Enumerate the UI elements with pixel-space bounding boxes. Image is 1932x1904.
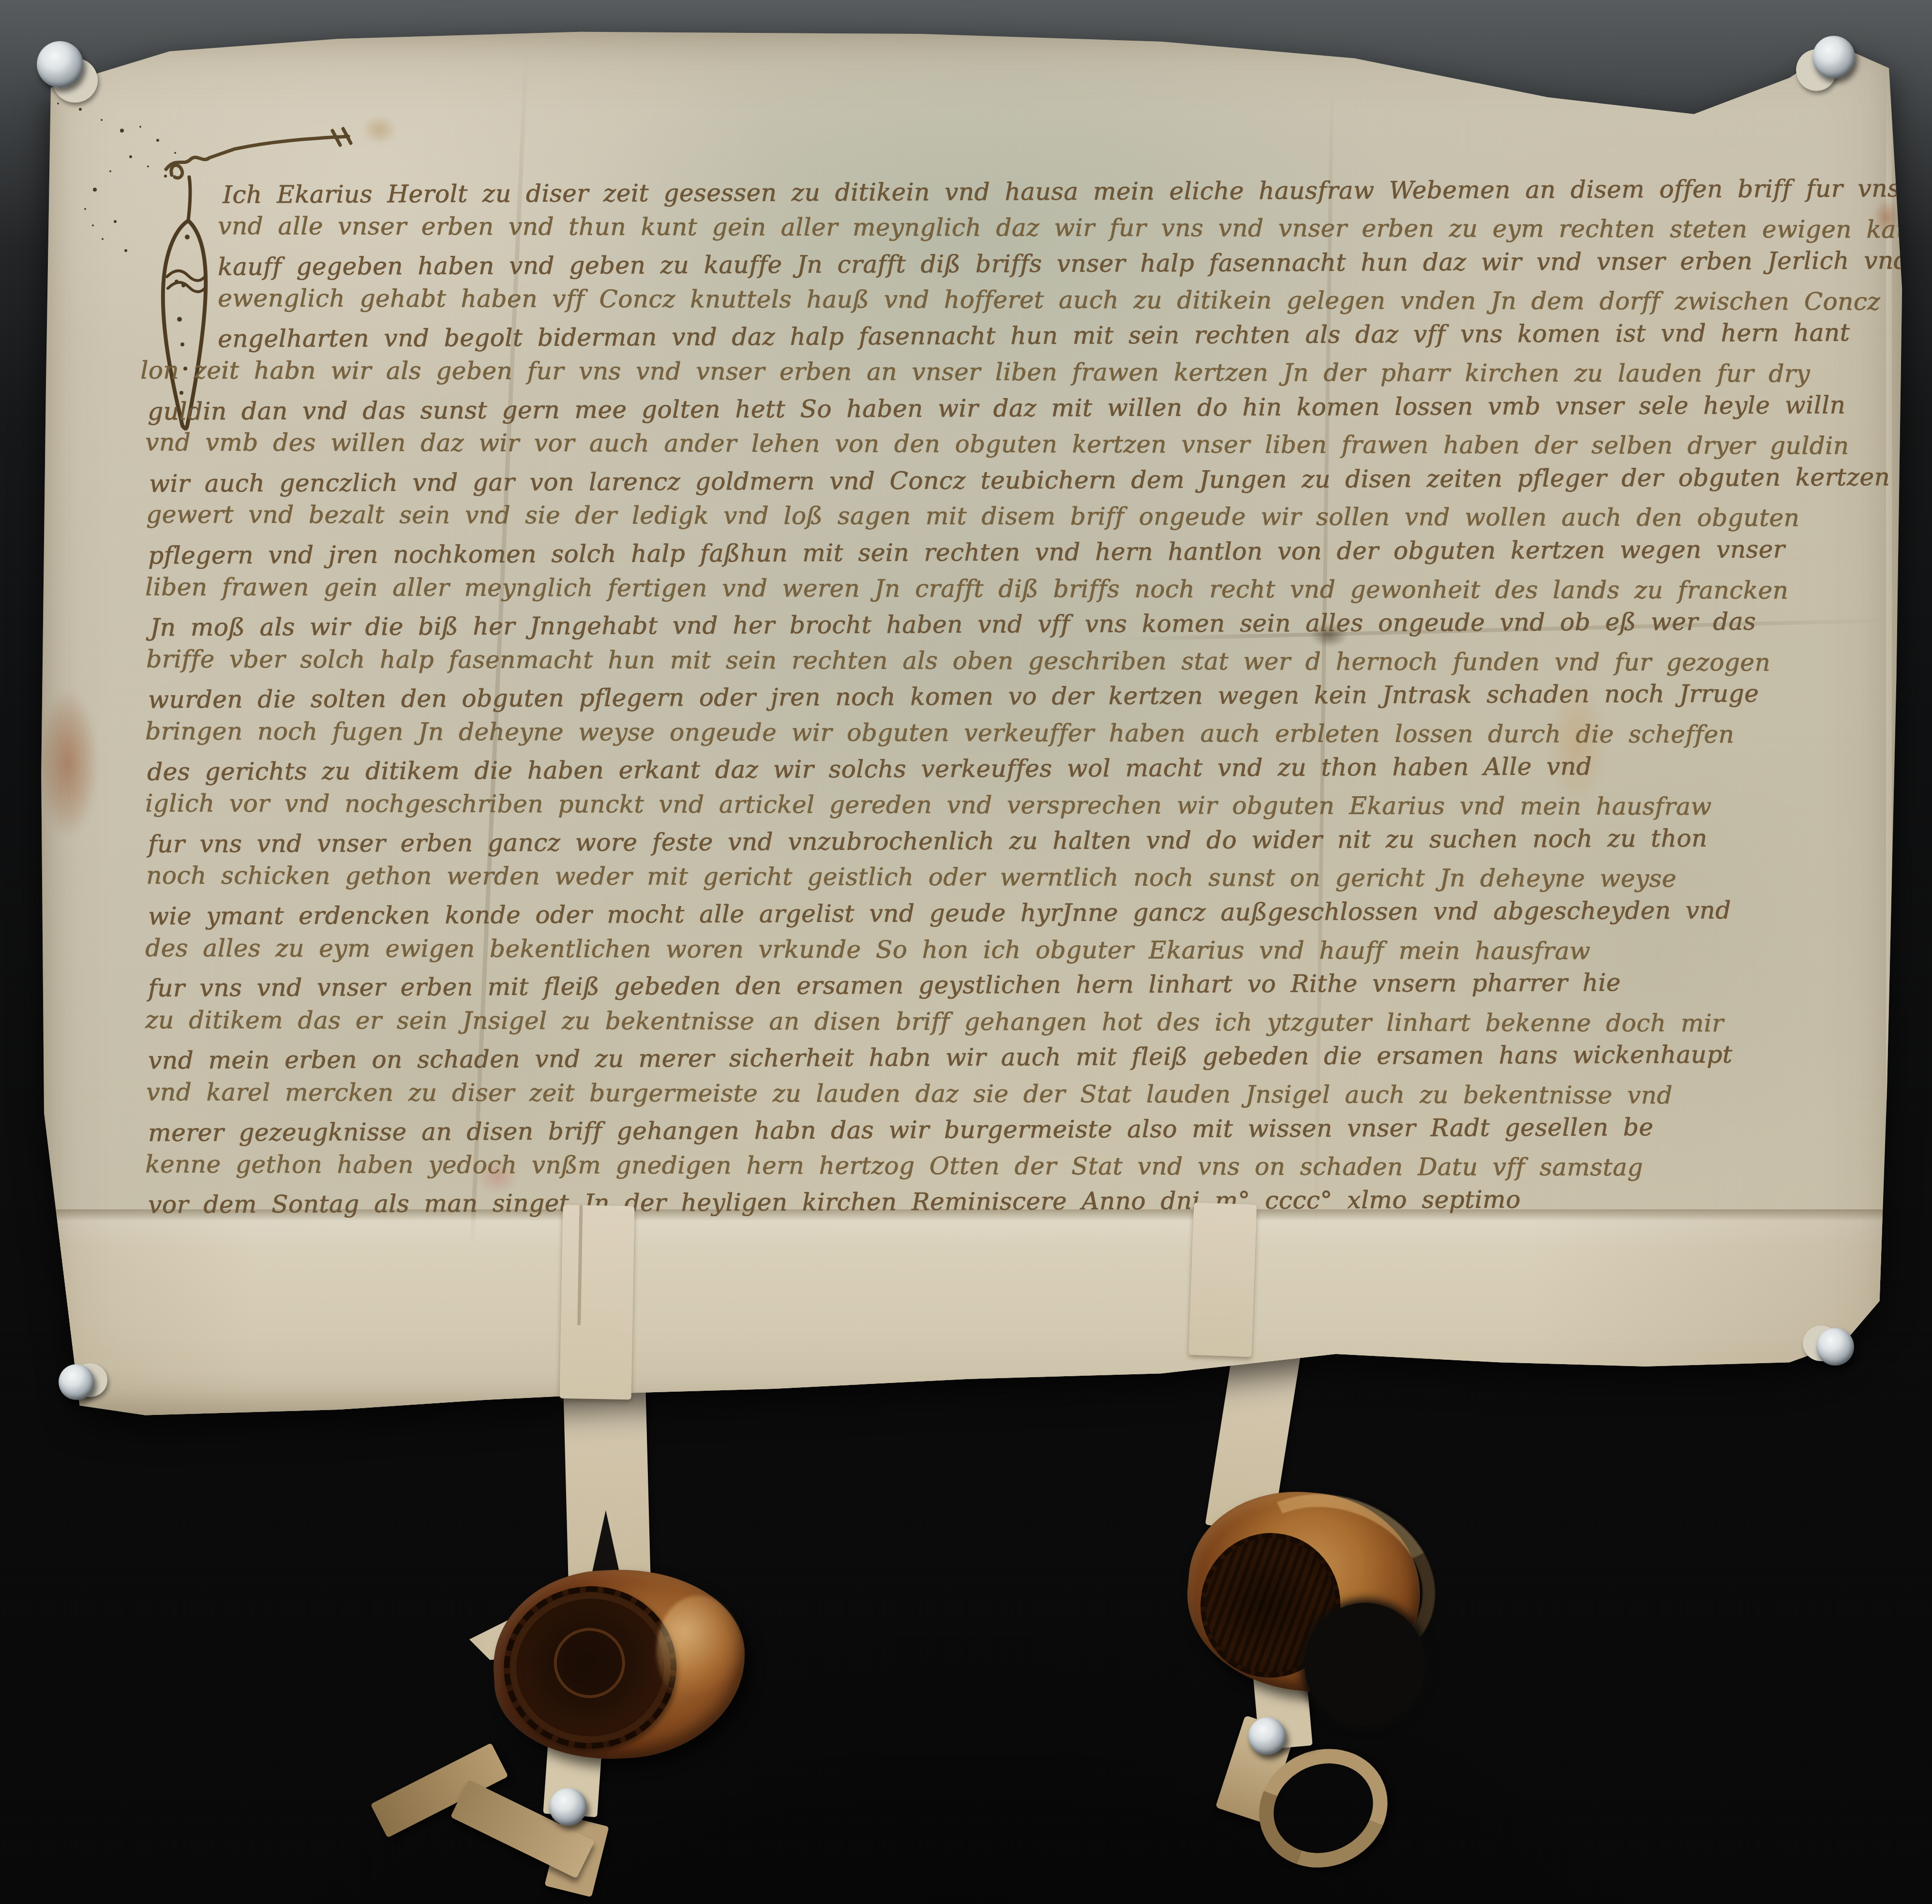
manuscript-line: des gerichts zu ditikem die haben erkant… [147,748,1592,789]
manuscript-line: pflegern vnd jren nochkomen solch halp f… [148,532,1785,574]
pin-bottom-left [59,1364,94,1400]
manuscript-line: des alles zu eym ewigen bekentlichen wor… [145,930,1590,969]
manuscript-line: wie ymant erdencken konde oder mocht all… [148,892,1731,935]
pin-left-seal-tag [549,1788,587,1826]
manuscript-line: kenne gethon haben yedoch vnßm gnedigen … [145,1146,1643,1185]
wax-seal-right [1180,1483,1428,1700]
manuscript-line: wurden die solten den obguten pflegern o… [148,676,1759,718]
manuscript-line: noch schicken gethon werden weder mit ge… [146,858,1677,897]
manuscript-line: kauff gegeben haben vnd geben zu kauffe … [218,242,1909,284]
parchment-surface: Ich Ekarius Herolt zu diser zeit gesesse… [29,29,1904,1422]
manuscript-line: vor dem Sontag als man singet Jn der hey… [148,1182,1521,1223]
manuscript-line: vnd karel mercken zu diser zeit burgerme… [146,1074,1673,1114]
seal-tag-right-over-plica [1189,1203,1257,1357]
parchment-sheet: Ich Ekarius Herolt zu diser zeit gesesse… [29,29,1904,1422]
manuscript-line: merer gezeugknisse an disen briff gehang… [148,1109,1653,1151]
manuscript-line: fur vns vnd vnser erben gancz wore feste… [148,820,1707,862]
manuscript-line: liben frawen gein aller meynglich fertig… [145,569,1788,608]
photo-stage: Ich Ekarius Herolt zu diser zeit gesesse… [0,0,1932,1904]
manuscript-line: vnd mein erben on schaden vnd zu merer s… [148,1037,1733,1079]
pin-bottom-right [1816,1328,1854,1366]
text-block: Ich Ekarius Herolt zu diser zeit gesesse… [29,29,1904,1422]
manuscript-line: guldin dan vnd das sunst gern mee golten… [148,387,1845,429]
pin-top-left [37,41,83,88]
wax-seal-left [489,1563,750,1765]
manuscript-line: lon zeit habn wir als geben fur vns vnd … [140,352,1810,391]
manuscript-line: Ich Ekarius Herolt zu diser zeit gesesse… [223,170,1900,212]
manuscript-line: briffe vber solch halp fasenmacht hun mi… [146,641,1770,680]
manuscript-line: vnd vmb des willen daz wir vor auch ande… [145,424,1849,463]
pin-right-seal-tag [1248,1717,1286,1755]
manuscript-line: engelharten vnd begolt biderman vnd daz … [218,315,1850,357]
manuscript-line: Jn moß als wir die biß her Jnngehabt vnd… [150,604,1756,646]
pin-top-right [1812,36,1855,78]
manuscript-line: wir auch genczlich vnd gar von larencz g… [149,459,1890,502]
manuscript-line: bringen noch fugen Jn deheyne weyse onge… [145,714,1734,753]
manuscript-line: vnd alle vnser erben vnd thun kunt gein … [218,208,1932,248]
manuscript-line: fur vns vnd vnser erben mit fleiß gebede… [148,965,1621,1006]
manuscript-line: zu ditikem das er sein Jnsigel zu bekent… [145,1002,1723,1041]
manuscript-line: ewenglich gehabt haben vff Concz knuttel… [218,280,1880,319]
seal-tag-left-over-plica [560,1205,635,1400]
manuscript-line: iglich vor vnd nochgeschriben punckt vnd… [145,786,1712,825]
manuscript-line: gewert vnd bezalt sein vnd sie der ledig… [146,496,1799,535]
